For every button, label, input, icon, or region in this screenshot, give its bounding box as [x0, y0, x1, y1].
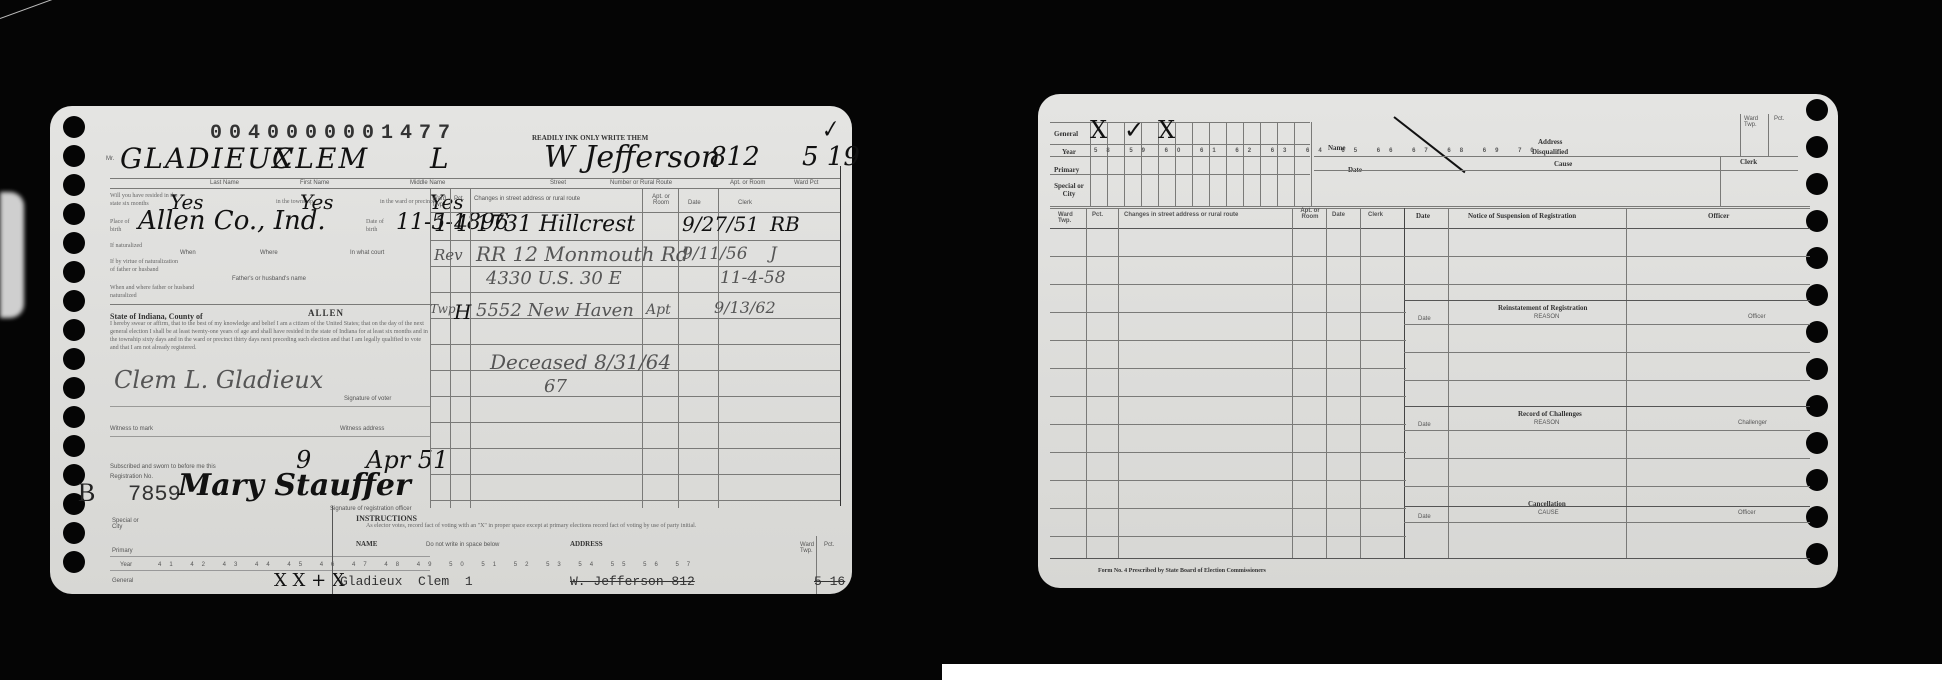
middle-name-label: Middle Name [410, 180, 445, 186]
back-clerk-label: Clerk [1740, 158, 1757, 166]
reinstatement-officer: Officer [1748, 314, 1766, 320]
row4-ward: Twp [430, 302, 456, 316]
back-col-ward: Ward Twp. [1058, 212, 1078, 224]
punch-hole [63, 203, 85, 225]
oath-text: I hereby swear or affirm, that to the be… [110, 320, 430, 352]
apt-label: Apt. or Room [730, 180, 765, 186]
witness-label: Witness to mark [110, 426, 153, 432]
punch-hole [1806, 432, 1828, 454]
punch-hole [1806, 284, 1828, 306]
stub-ward-pct-value: 5 16 [814, 574, 845, 589]
grid-label-year: Year [120, 562, 132, 568]
punch-hole [1806, 247, 1828, 269]
grid-label-primary: Primary [112, 548, 133, 554]
form-footer: Form No. 4 Prescribed by State Board of … [1098, 568, 1266, 574]
number-label: Number or Rural Route [610, 180, 672, 186]
col-apt: Apt. or Room [646, 194, 676, 206]
instructions-text: As elector votes, record fact of voting … [366, 522, 786, 530]
col-address: Changes in street address or rural route [474, 196, 580, 202]
cancellation-cause: CAUSE [1538, 510, 1559, 516]
prefix-label: Mr. [106, 156, 114, 162]
fathers-name-label: Father's or husband's name [232, 276, 306, 282]
last-name-label: Last Name [210, 180, 239, 186]
back-pct-label: Pct. [1774, 116, 1784, 122]
deceased-year: 67 [544, 376, 567, 397]
punch-hole [63, 232, 85, 254]
place-of-birth: Allen Co., Ind. [138, 206, 326, 236]
back-ward-label: Ward Twp. [1744, 116, 1762, 128]
col-clerk: Clerk [738, 200, 752, 206]
general-vote-marks: X X + X [274, 570, 345, 591]
punch-hole [63, 116, 85, 138]
bottom-white-strip [942, 664, 1942, 680]
back-disqualified-label: Disqualified [1532, 148, 1568, 156]
last-name: GLADIEUX [120, 142, 295, 175]
row4-apt: Apt [646, 302, 671, 318]
back-col-date: Date [1332, 212, 1345, 218]
first-name-label: First Name [300, 180, 329, 186]
registration-number: 7859 [128, 482, 181, 507]
where-when-father: When and where father or husband natural… [110, 284, 200, 300]
back-mark-58: X [1090, 116, 1107, 144]
ward-label: Ward Pct [794, 180, 818, 186]
registration-officer-label: Signature of registration officer [330, 506, 412, 512]
back-col-apt: Apt. or Room [1296, 208, 1324, 220]
row1-address: 1731 Hillcrest [476, 212, 635, 237]
challenges-title: Record of Challenges [1518, 410, 1582, 418]
challenges-reason: REASON [1534, 420, 1559, 426]
punch-hole [63, 348, 85, 370]
col-ward: Ward Twp. [432, 196, 450, 208]
punch-hole [1806, 469, 1828, 491]
row4-address: 5552 New Haven [476, 300, 634, 321]
street-number: 812 [710, 142, 760, 172]
registration-officer-signature: Mary Stauffer [178, 468, 411, 503]
date-of-birth-label: Date of birth [366, 218, 396, 234]
grid-label-special: Special or City [112, 518, 142, 530]
stub-no-write-label: Do not write in space below [426, 542, 499, 548]
punch-hole [63, 406, 85, 428]
punch-hole [63, 145, 85, 167]
back-mark-62: X [1158, 116, 1175, 144]
suspension-title: Notice of Suspension of Registration [1468, 212, 1576, 220]
back-col-address: Changes in street address or rural route [1124, 212, 1238, 218]
stub-address-value: W. Jefferson 812 [570, 574, 695, 589]
witness-address-label: Witness address [340, 426, 384, 432]
challenges-challenger: Challenger [1738, 420, 1767, 426]
oath-county: ALLEN [308, 308, 344, 318]
row2-ward: Rev [434, 246, 463, 264]
scan-scratch [0, 0, 57, 19]
back-name-label: Name [1328, 144, 1346, 152]
suspension-date: Date [1416, 212, 1430, 220]
back-address-label: Address [1538, 138, 1562, 146]
registration-no-label: Registration No. [110, 474, 153, 480]
punch-hole [1806, 543, 1828, 565]
letter-mark: B [78, 478, 95, 508]
col-pct: Pct. [454, 196, 464, 202]
row4-date: 9/13/62 [714, 298, 776, 317]
back-grid-special: Special or City [1054, 182, 1084, 198]
back-grid-general: General [1054, 130, 1078, 138]
punch-hole [63, 174, 85, 196]
cancellation-date: Date [1418, 514, 1431, 520]
place-of-birth-label: Place of birth [110, 218, 140, 234]
row1-clerk: RB [770, 212, 800, 236]
street-name: W Jefferson [544, 140, 720, 175]
registration-card-front: 0040000001477 READILY INK ONLY WRITE THE… [50, 106, 852, 594]
middle-initial: L [430, 142, 449, 175]
grid-years: 41 42 43 44 45 46 47 48 49 50 51 52 53 5… [158, 562, 698, 568]
reinstatement-date: Date [1418, 316, 1431, 322]
punch-hole [1806, 99, 1828, 121]
row3-address: 4330 U.S. 30 E [486, 268, 622, 289]
punch-hole [63, 435, 85, 457]
stub-address-label: ADDRESS [570, 540, 603, 548]
punch-hole [1806, 506, 1828, 528]
punch-hole [1806, 358, 1828, 380]
back-mark-60: ✓ [1124, 116, 1144, 144]
col-date: Date [688, 200, 701, 206]
row2-address: RR 12 Monmouth Rd [476, 242, 689, 266]
voter-signature-label: Signature of voter [344, 396, 391, 402]
punch-hole [1806, 173, 1828, 195]
reinstatement-reason: REASON [1534, 314, 1559, 320]
punch-hole [63, 319, 85, 341]
cancellation-title: Cancellation [1528, 500, 1566, 508]
back-cause-label: Cause [1554, 160, 1572, 168]
deceased-note: Deceased 8/31/64 [490, 350, 671, 374]
naturalized-label: If naturalized [110, 242, 160, 250]
stub-name-label: NAME [356, 540, 377, 548]
row1-date: 9/27/51 [682, 212, 759, 236]
punch-hole [63, 551, 85, 573]
stub-name-value: Gladieux Clem 1 [340, 574, 473, 589]
back-grid-primary: Primary [1054, 166, 1079, 174]
punch-hole [63, 377, 85, 399]
adjacent-card-edge [0, 192, 24, 318]
punch-hole [63, 261, 85, 283]
suspension-officer: Officer [1708, 212, 1729, 220]
row1-pct: 4 [454, 212, 468, 237]
back-grid-year: Year [1062, 148, 1076, 156]
row2-date: 9/11/56 [682, 244, 748, 264]
back-col-pct: Pct. [1092, 212, 1103, 218]
ward-pct-value: 5 19 [802, 142, 860, 172]
street-label: Street [550, 180, 566, 186]
check-mark: ✓ [817, 116, 841, 145]
punch-hole [1806, 136, 1828, 158]
challenges-date: Date [1418, 422, 1431, 428]
row2-clerk: J [770, 244, 777, 264]
reinstatement-title: Reinstatement of Registration [1498, 304, 1587, 312]
row4-pct: H [454, 300, 471, 324]
punch-hole [63, 522, 85, 544]
naturalized-when: When [180, 250, 196, 256]
registration-card-back: General Year Primary Special or City 58 … [1038, 94, 1838, 588]
row1-ward: 1 [434, 212, 448, 237]
naturalized-where: Where [260, 250, 278, 256]
back-grid-years: 58 59 60 61 62 63 64 65 66 67 68 69 70 [1094, 148, 1543, 154]
by-father-label: If by virtue of naturalization of father… [110, 258, 180, 274]
cancellation-officer: Officer [1738, 510, 1756, 516]
back-col-clerk: Clerk [1368, 212, 1383, 218]
row3-date: 11-4-58 [720, 268, 786, 288]
stub-pct-label: Pct. [824, 542, 834, 548]
naturalized-court: In what court [350, 250, 384, 256]
punch-hole [63, 290, 85, 312]
first-name: CLEM [272, 142, 369, 175]
voter-signature: Clem L. Gladieux [114, 366, 323, 394]
grid-label-general: General [112, 578, 133, 584]
